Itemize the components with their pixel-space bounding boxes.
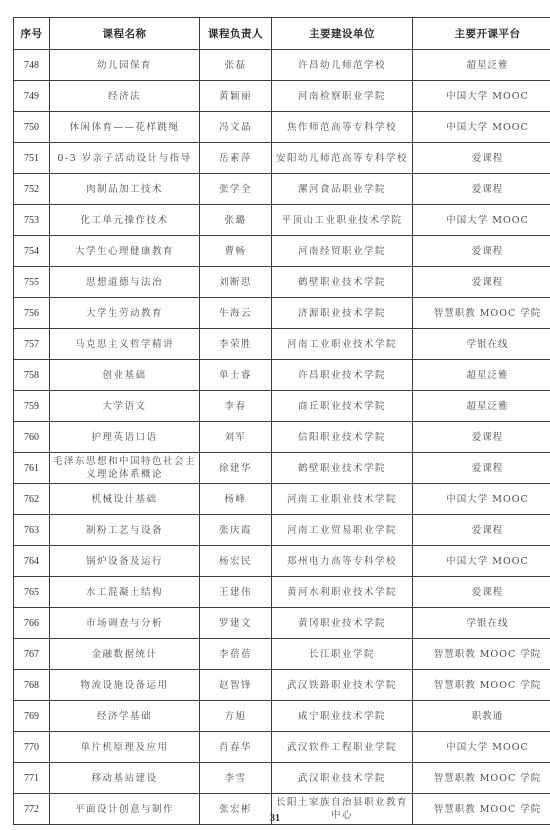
cell-build-unit: 郑州电力高等专科学校: [272, 546, 413, 577]
cell-platform: 职教通: [413, 701, 550, 732]
cell-platform: 爱课程: [413, 174, 550, 205]
cell-build-unit: 安阳幼儿师范高等专科学校: [272, 143, 413, 174]
cell-course-lead: 牛海云: [200, 298, 272, 329]
cell-course-name: 机械设计基础: [50, 484, 200, 515]
cell-course-name: 毛泽东思想和中国特色社会主义理论体系概论: [50, 453, 200, 484]
cell-build-unit: 漯河食品职业学院: [272, 174, 413, 205]
cell-build-unit: 河南经贸职业学院: [272, 236, 413, 267]
table-row: 754大学生心理健康教育曹畅河南经贸职业学院爱课程: [14, 236, 550, 267]
table-row: 749经济法黄颖丽河南检察职业学院中国大学 MOOC: [14, 81, 550, 112]
table-row: 767金融数据统计李蓓蓓长江职业学院智慧职教 MOOC 学院: [14, 639, 550, 670]
cell-course-lead: 李春: [200, 391, 272, 422]
cell-build-unit: 河南工业职业技术学院: [272, 484, 413, 515]
cell-no: 762: [14, 484, 50, 515]
cell-course-lead: 黄颖丽: [200, 81, 272, 112]
cell-build-unit: 河南工业贸易职业学院: [272, 515, 413, 546]
header-course-name: 课程名称: [50, 18, 200, 50]
table-row: 769经济学基础方旭咸宁职业技术学院职教通: [14, 701, 550, 732]
table-row: 755思想道德与法治刘断思鹤壁职业技术学院爱课程: [14, 267, 550, 298]
header-no: 序号: [14, 18, 50, 50]
cell-course-name: 幼儿园保育: [50, 50, 200, 81]
page-number: 31: [0, 813, 550, 824]
cell-platform: 中国大学 MOOC: [413, 546, 550, 577]
cell-course-lead: 李雪: [200, 763, 272, 794]
table-row: 768物流设施设备运用赵智锋武汉铁路职业技术学院智慧职教 MOOC 学院: [14, 670, 550, 701]
cell-platform: 爱课程: [413, 422, 550, 453]
cell-no: 752: [14, 174, 50, 205]
cell-course-name: 休闲体育——花样跳绳: [50, 112, 200, 143]
cell-platform: 爱课程: [413, 236, 550, 267]
cell-platform: 中国大学 MOOC: [413, 112, 550, 143]
header-build-unit: 主要建设单位: [272, 18, 413, 50]
cell-build-unit: 许昌职业技术学院: [272, 360, 413, 391]
cell-course-name: 水工混凝土结构: [50, 577, 200, 608]
cell-platform: 智慧职教 MOOC 学院: [413, 298, 550, 329]
cell-no: 757: [14, 329, 50, 360]
cell-platform: 智慧职教 MOOC 学院: [413, 670, 550, 701]
cell-platform: 超星泛雅: [413, 360, 550, 391]
cell-course-lead: 方旭: [200, 701, 272, 732]
cell-no: 755: [14, 267, 50, 298]
cell-no: 758: [14, 360, 50, 391]
cell-platform: 学银在线: [413, 329, 550, 360]
cell-build-unit: 河南检察职业学院: [272, 81, 413, 112]
cell-course-name: 金融数据统计: [50, 639, 200, 670]
cell-course-name: 制粉工艺与设备: [50, 515, 200, 546]
cell-course-name: 移动基站建设: [50, 763, 200, 794]
cell-course-name: 肉制品加工技术: [50, 174, 200, 205]
table-row: 750休闲体育——花样跳绳冯文晶焦作师范高等专科学校中国大学 MOOC: [14, 112, 550, 143]
cell-no: 760: [14, 422, 50, 453]
course-table: 序号 课程名称 课程负责人 主要建设单位 主要开课平台 748幼儿园保育张磊许昌…: [13, 17, 550, 825]
cell-course-lead: 李蓓蓓: [200, 639, 272, 670]
cell-course-name: 单片机原理及应用: [50, 732, 200, 763]
cell-course-name: 0-3 岁亲子活动设计与指导: [50, 143, 200, 174]
cell-course-name: 大学生心理健康教育: [50, 236, 200, 267]
cell-no: 749: [14, 81, 50, 112]
table-row: 770单片机原理及应用肖春华武汉软件工程职业学院中国大学 MOOC: [14, 732, 550, 763]
cell-course-lead: 张庆霞: [200, 515, 272, 546]
cell-no: 759: [14, 391, 50, 422]
cell-no: 764: [14, 546, 50, 577]
cell-no: 767: [14, 639, 50, 670]
cell-build-unit: 平顶山工业职业技术学院: [272, 205, 413, 236]
cell-no: 766: [14, 608, 50, 639]
cell-course-lead: 徐建华: [200, 453, 272, 484]
table-row: 764锅炉设备及运行杨宏民郑州电力高等专科学校中国大学 MOOC: [14, 546, 550, 577]
cell-course-name: 护理英语口语: [50, 422, 200, 453]
cell-build-unit: 黄河水利职业技术学院: [272, 577, 413, 608]
table-body: 748幼儿园保育张磊许昌幼儿师范学校超星泛雅749经济法黄颖丽河南检察职业学院中…: [14, 50, 550, 825]
cell-no: 763: [14, 515, 50, 546]
cell-build-unit: 焦作师范高等专科学校: [272, 112, 413, 143]
table-row: 766市场调查与分析罗建文黄冈职业技术学院学银在线: [14, 608, 550, 639]
cell-no: 761: [14, 453, 50, 484]
cell-course-name: 大学生劳动教育: [50, 298, 200, 329]
cell-build-unit: 鹤壁职业技术学院: [272, 453, 413, 484]
cell-platform: 超星泛雅: [413, 50, 550, 81]
cell-course-lead: 王建伟: [200, 577, 272, 608]
cell-no: 754: [14, 236, 50, 267]
cell-platform: 爱课程: [413, 515, 550, 546]
cell-platform: 爱课程: [413, 267, 550, 298]
cell-course-lead: 岳素萍: [200, 143, 272, 174]
cell-build-unit: 信阳职业技术学院: [272, 422, 413, 453]
table-row: 763制粉工艺与设备张庆霞河南工业贸易职业学院爱课程: [14, 515, 550, 546]
table-row: 7510-3 岁亲子活动设计与指导岳素萍安阳幼儿师范高等专科学校爱课程: [14, 143, 550, 174]
cell-course-name: 锅炉设备及运行: [50, 546, 200, 577]
table-row: 760护理英语口语刘军信阳职业技术学院爱课程: [14, 422, 550, 453]
table-row: 765水工混凝土结构王建伟黄河水利职业技术学院爱课程: [14, 577, 550, 608]
cell-build-unit: 武汉软件工程职业学院: [272, 732, 413, 763]
cell-course-lead: 肖春华: [200, 732, 272, 763]
cell-build-unit: 河南工业职业技术学院: [272, 329, 413, 360]
cell-no: 753: [14, 205, 50, 236]
cell-build-unit: 济源职业技术学院: [272, 298, 413, 329]
cell-no: 751: [14, 143, 50, 174]
cell-no: 750: [14, 112, 50, 143]
table-header-row: 序号 课程名称 课程负责人 主要建设单位 主要开课平台: [14, 18, 550, 50]
cell-no: 769: [14, 701, 50, 732]
table-row: 753化工单元操作技术张璐平顶山工业职业技术学院中国大学 MOOC: [14, 205, 550, 236]
cell-course-name: 思想道德与法治: [50, 267, 200, 298]
cell-course-lead: 单士睿: [200, 360, 272, 391]
table-row: 758创业基础单士睿许昌职业技术学院超星泛雅: [14, 360, 550, 391]
cell-build-unit: 武汉铁路职业技术学院: [272, 670, 413, 701]
cell-platform: 爱课程: [413, 577, 550, 608]
cell-course-lead: 杨峰: [200, 484, 272, 515]
cell-course-lead: 刘断思: [200, 267, 272, 298]
cell-platform: 中国大学 MOOC: [413, 732, 550, 763]
cell-course-lead: 张磊: [200, 50, 272, 81]
document-page: 序号 课程名称 课程负责人 主要建设单位 主要开课平台 748幼儿园保育张磊许昌…: [0, 0, 550, 830]
cell-course-lead: 罗建文: [200, 608, 272, 639]
cell-platform: 智慧职教 MOOC 学院: [413, 639, 550, 670]
cell-platform: 中国大学 MOOC: [413, 205, 550, 236]
cell-course-name: 大学语文: [50, 391, 200, 422]
cell-platform: 中国大学 MOOC: [413, 484, 550, 515]
cell-build-unit: 黄冈职业技术学院: [272, 608, 413, 639]
cell-platform: 中国大学 MOOC: [413, 81, 550, 112]
cell-no: 748: [14, 50, 50, 81]
cell-build-unit: 武汉职业技术学院: [272, 763, 413, 794]
cell-build-unit: 长江职业学院: [272, 639, 413, 670]
cell-course-lead: 杨宏民: [200, 546, 272, 577]
cell-platform: 智慧职教 MOOC 学院: [413, 763, 550, 794]
header-course-lead: 课程负责人: [200, 18, 272, 50]
table-row: 759大学语文李春商丘职业技术学院超星泛雅: [14, 391, 550, 422]
cell-no: 770: [14, 732, 50, 763]
cell-course-name: 经济学基础: [50, 701, 200, 732]
cell-platform: 爱课程: [413, 453, 550, 484]
cell-no: 765: [14, 577, 50, 608]
cell-course-lead: 冯文晶: [200, 112, 272, 143]
cell-course-lead: 张学全: [200, 174, 272, 205]
cell-platform: 学银在线: [413, 608, 550, 639]
cell-course-name: 化工单元操作技术: [50, 205, 200, 236]
cell-platform: 超星泛雅: [413, 391, 550, 422]
cell-build-unit: 许昌幼儿师范学校: [272, 50, 413, 81]
cell-build-unit: 鹤壁职业技术学院: [272, 267, 413, 298]
cell-course-lead: 张璐: [200, 205, 272, 236]
cell-no: 771: [14, 763, 50, 794]
table-row: 762机械设计基础杨峰河南工业职业技术学院中国大学 MOOC: [14, 484, 550, 515]
header-platform: 主要开课平台: [413, 18, 550, 50]
cell-course-name: 经济法: [50, 81, 200, 112]
cell-course-name: 物流设施设备运用: [50, 670, 200, 701]
table-row: 756大学生劳动教育牛海云济源职业技术学院智慧职教 MOOC 学院: [14, 298, 550, 329]
cell-course-name: 马克思主义哲学精讲: [50, 329, 200, 360]
cell-course-name: 创业基础: [50, 360, 200, 391]
table-row: 757马克思主义哲学精讲李荣胜河南工业职业技术学院学银在线: [14, 329, 550, 360]
table-row: 761毛泽东思想和中国特色社会主义理论体系概论徐建华鹤壁职业技术学院爱课程: [14, 453, 550, 484]
cell-course-lead: 刘军: [200, 422, 272, 453]
cell-course-name: 市场调查与分析: [50, 608, 200, 639]
cell-course-lead: 李荣胜: [200, 329, 272, 360]
table-row: 748幼儿园保育张磊许昌幼儿师范学校超星泛雅: [14, 50, 550, 81]
cell-no: 768: [14, 670, 50, 701]
cell-course-lead: 曹畅: [200, 236, 272, 267]
table-row: 752肉制品加工技术张学全漯河食品职业学院爱课程: [14, 174, 550, 205]
cell-build-unit: 咸宁职业技术学院: [272, 701, 413, 732]
table-row: 771移动基站建设李雪武汉职业技术学院智慧职教 MOOC 学院: [14, 763, 550, 794]
cell-build-unit: 商丘职业技术学院: [272, 391, 413, 422]
cell-course-lead: 赵智锋: [200, 670, 272, 701]
cell-platform: 爱课程: [413, 143, 550, 174]
cell-no: 756: [14, 298, 50, 329]
